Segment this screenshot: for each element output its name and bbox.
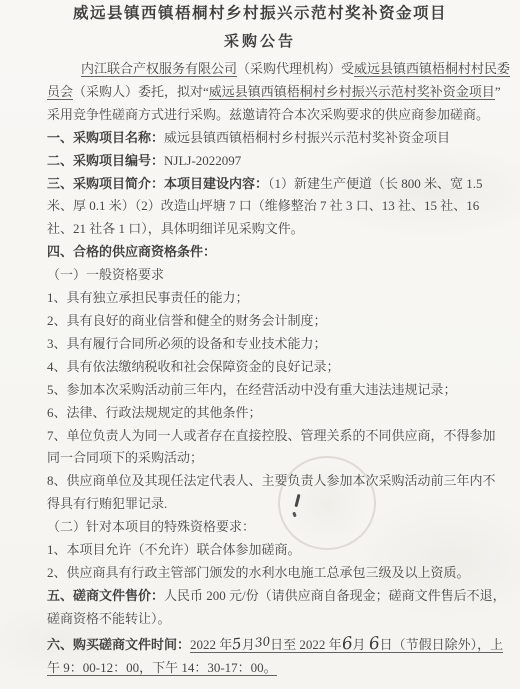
- document-line: 2、具有良好的商业信誉和健全的财务会计制度；: [47, 310, 495, 333]
- handwritten-text: 6: [367, 632, 381, 656]
- text-segment: 威远县镇西镇梧桐村村民委: [354, 61, 510, 76]
- text-segment: （二）针对本项目的特殊资格要求：: [47, 519, 255, 534]
- text-segment: 5、参加本次采购活动前三年内，在经营活动中没有重大违法违规记录；: [47, 382, 457, 397]
- document-line: 磋商资格不能转让）。: [47, 608, 495, 631]
- text-segment: ”: [495, 84, 501, 99]
- document-line: 8、供应商单位及其现任法定代表人、主要负责人参加本次采购活动前三年内不: [47, 470, 495, 493]
- document-line: 2、供应商具有行政主管部门颁发的水利水电施工总承包三级及以上资质。: [47, 562, 495, 585]
- document-line: 1、具有独立承担民事责任的能力；: [47, 287, 495, 310]
- text-segment: 米、厚 0.1 米）（2）改造山坪塘 7 口（维修整治 7 社 3 口、13 社…: [47, 198, 479, 213]
- document-line: 六、购买磋商文件时间：2022 年5月30日至 2022 年6月 6日（节假日除…: [47, 631, 495, 657]
- procurement-announcement-page: 威远县镇西镇梧桐村乡村振兴示范村奖补资金项目 采购公告 内江联合产权服务有限公司…: [0, 0, 520, 689]
- text-segment: NJLJ-2022097: [164, 153, 241, 168]
- text-segment: 威远县镇西镇梧桐村乡村振兴示范村奖补资金项目: [164, 130, 450, 145]
- document-line: （一）一般资格要求: [47, 264, 495, 287]
- text-segment: （采购代理机构）受: [237, 61, 354, 76]
- text-segment: 同一合同项下的采购活动；: [47, 450, 203, 465]
- text-segment: 本项目建设内容：: [164, 176, 268, 191]
- document-line: 同一合同项下的采购活动；: [47, 447, 495, 470]
- text-segment: 得具有行贿犯罪记录.: [47, 496, 167, 511]
- text-segment: 日（节假日除外），上: [380, 637, 504, 652]
- document-line: 4、具有依法缴纳税收和社会保障资金的良好记录；: [47, 356, 495, 379]
- underlined-group: 威远县镇西镇梧桐村村民委: [354, 61, 510, 77]
- document-line: 7、单位负责人为同一人或者存在直接控股、管理关系的不同供应商，不得参加: [47, 425, 495, 448]
- document-line: 1、本项目允许（不允许）联合体参加磋商。: [47, 539, 495, 562]
- text-segment: 8、供应商单位及其现任法定代表人、主要负责人参加本次采购活动前三年内不: [47, 473, 496, 488]
- text-segment: 二、采购项目编号：: [47, 153, 164, 168]
- document-line: 三、采购项目简介：本项目建设内容：（1）新建生产便道（长 800 米、宽 1.5: [47, 173, 495, 196]
- text-segment: 午 9：00-12：00，下午 14：30-17：00。: [47, 660, 277, 675]
- text-segment: 威远县镇西镇梧桐村乡村振兴示范村奖补资金项目: [209, 84, 495, 99]
- document-line: 四、合格的供应商资格条件：: [47, 241, 495, 264]
- text-segment: 人民币 200 元/份（请供应商自备现金；磋商文件售后不退，: [164, 588, 506, 603]
- document-title: 威远县镇西镇梧桐村乡村振兴示范村奖补资金项目: [0, 5, 520, 23]
- underlined-group: 员会: [47, 84, 73, 100]
- document-line: 得具有行贿犯罪记录.: [47, 493, 495, 516]
- underlined-group: 威远县镇西镇梧桐村乡村振兴示范村奖补资金项目: [209, 84, 495, 100]
- document-line: 五、磋商文件售价：人民币 200 元/份（请供应商自备现金；磋商文件售后不退，: [47, 585, 495, 608]
- text-segment: 4、具有依法缴纳税收和社会保障资金的良好记录；: [47, 359, 340, 374]
- document-line: 一、采购项目名称：威远县镇西镇梧桐村乡村振兴示范村奖补资金项目: [47, 127, 495, 150]
- text-segment: 五、磋商文件售价：: [47, 588, 164, 603]
- document-line: 午 9：00-12：00，下午 14：30-17：00。: [47, 657, 495, 680]
- document-line: 米、厚 0.1 米）（2）改造山坪塘 7 口（维修整治 7 社 3 口、13 社…: [47, 195, 495, 218]
- underlined-group: 午 9：00-12：00，下午 14：30-17：00。: [47, 660, 277, 676]
- text-segment: 磋商资格不能转让）。: [47, 611, 171, 626]
- text-segment: 1、具有独立承担民事责任的能力；: [47, 290, 249, 305]
- document-line: 内江联合产权服务有限公司（采购代理机构）受威远县镇西镇梧桐村村民委: [47, 58, 495, 81]
- document-line: 6、法律、行政法规规定的其他条件；: [47, 402, 495, 425]
- text-segment: 2、具有良好的商业信誉和健全的财务会计制度；: [47, 313, 327, 328]
- text-segment: （采购人）委托，拟对“: [73, 84, 209, 99]
- text-segment: 3、具有履行合同所必须的设备和专业技术能力；: [47, 336, 327, 351]
- document-body: 内江联合产权服务有限公司（采购代理机构）受威远县镇西镇梧桐村村民委员会（采购人）…: [47, 58, 495, 679]
- handwritten-text: 6: [340, 632, 354, 656]
- text-segment: 采用竞争性磋商方式进行采购。兹邀请符合本次采购要求的供应商参加磋商。: [47, 107, 489, 122]
- text-segment: 7、单位负责人为同一人或者存在直接控股、管理关系的不同供应商，不得参加: [47, 428, 496, 443]
- document-line: 3、具有履行合同所必须的设备和专业技术能力；: [47, 333, 495, 356]
- text-segment: 四、合格的供应商资格条件：: [47, 244, 216, 259]
- document-line: 二、采购项目编号：NJLJ-2022097: [47, 150, 495, 173]
- document-line: （二）针对本项目的特殊资格要求：: [47, 516, 495, 539]
- text-segment: 日至 2022 年: [270, 637, 342, 652]
- text-segment: 员会: [47, 84, 73, 99]
- text-segment: 六、购买磋商文件时间：: [47, 637, 190, 652]
- text-segment: 三、采购项目简介：: [47, 176, 164, 191]
- text-segment: 月: [352, 637, 368, 652]
- text-segment: 社、21 社各 1 口），具体明细详见采购文件。: [47, 221, 304, 236]
- text-segment: 内江联合产权服务有限公司: [81, 61, 237, 76]
- handwritten-text: 30: [254, 630, 272, 655]
- text-segment: 1、本项目允许（不允许）联合体参加磋商。: [47, 542, 301, 557]
- document-subtitle: 采购公告: [0, 33, 520, 51]
- text-segment: （一）一般资格要求: [47, 267, 164, 282]
- document-line: 员会（采购人）委托，拟对“威远县镇西镇梧桐村乡村振兴示范村奖补资金项目”: [47, 81, 495, 104]
- text-segment: 2、供应商具有行政主管部门颁发的水利水电施工总承包三级及以上资质。: [47, 565, 470, 580]
- document-line: 社、21 社各 1 口），具体明细详见采购文件。: [47, 218, 495, 241]
- underlined-group: 2022 年5月30日至 2022 年6月 6日（节假日除外），上: [190, 637, 503, 653]
- document-line: 采用竞争性磋商方式进行采购。兹邀请符合本次采购要求的供应商参加磋商。: [47, 104, 495, 127]
- text-segment: 一、采购项目名称：: [47, 130, 164, 145]
- text-segment: 6、法律、行政法规规定的其他条件；: [47, 405, 262, 420]
- underlined-group: 内江联合产权服务有限公司: [81, 61, 237, 77]
- text-segment: 月: [242, 637, 255, 652]
- document-line: 5、参加本次采购活动前三年内，在经营活动中没有重大违法违规记录；: [47, 379, 495, 402]
- text-segment: （1）新建生产便道（长 800 米、宽 1.5: [268, 176, 483, 191]
- text-segment: 2022 年: [190, 637, 232, 652]
